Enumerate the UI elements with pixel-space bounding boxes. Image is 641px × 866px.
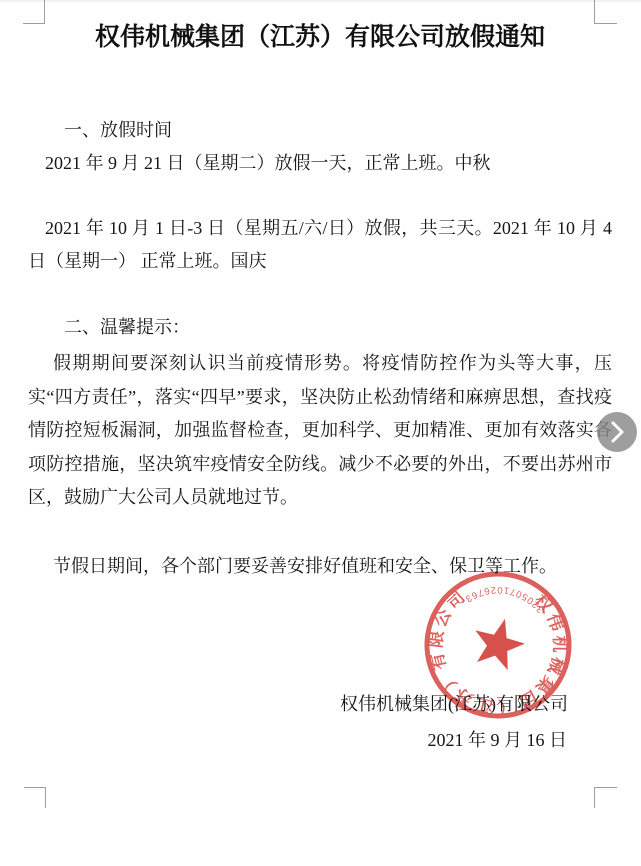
crop-mark-bottom-left [24,787,46,808]
paragraph-midautumn-holiday: 2021 年 9 月 21 日（星期二）放假一天，正常上班。中秋 [28,147,612,180]
paragraph-national-day-holiday: 2021 年 10 月 1 日-3 日（星期五/六/日）放假，共三天。2021 … [28,212,612,278]
paragraph-duty-arrangement: 节假日期间，各个部门要妥善安排好值班和安全、保卫等工作。 [28,550,612,583]
next-page-button[interactable] [597,412,637,452]
crop-mark-bottom-right [594,787,617,808]
signature-date: 2021 年 9 月 16 日 [28,724,567,757]
section-heading-holiday-time: 一、放假时间 [28,114,612,147]
chevron-right-icon [597,412,637,452]
star-icon [468,612,530,672]
signature-company-name: 权伟机械集团(江苏)有限公司 [28,688,568,721]
paragraph-epidemic-notice: 假期期间要深刻认识当前疫情形势。将疫情防控作为头等大事，压实“四方责任”，落实“… [28,347,612,515]
document-page: 权伟机械集团（江苏）有限公司放假通知 一、放假时间 2021 年 9 月 21 … [0,0,641,866]
seal-serial-number: 3205071026763 [461,579,549,616]
page-top-edge [0,0,641,2]
document-title: 权伟机械集团（江苏）有限公司放假通知 [28,18,612,58]
section-heading-warm-tips: 二、温馨提示： [28,311,612,344]
